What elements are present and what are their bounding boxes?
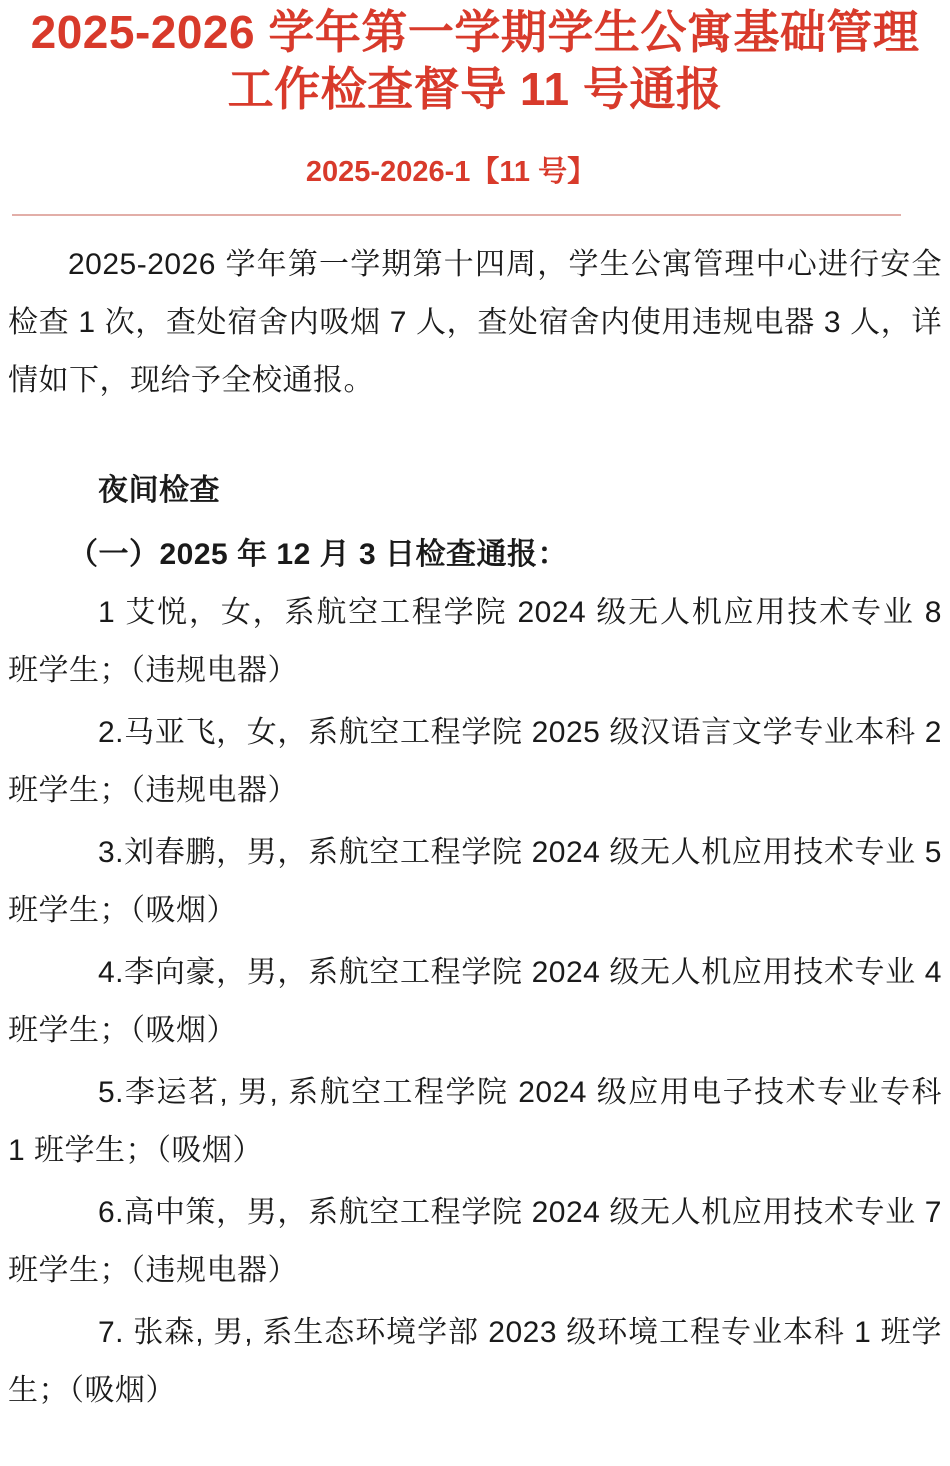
subsection-heading-dec3-report: （一）2025 年 12 月 3 日检查通报： xyxy=(8,526,942,584)
notice-document: 2025-2026 学年第一学期学生公寓基础管理工作检查督导 11 号通报 20… xyxy=(0,0,950,1464)
violation-item-7: 7. 张森, 男, 系生态环境学部 2023 级环境工程专业本科 1 班学生；（… xyxy=(8,1304,942,1420)
violation-item-5: 5.李运茗, 男, 系航空工程学院 2024 级应用电子技术专业专科 1 班学生… xyxy=(8,1064,942,1180)
intro-paragraph: 2025-2026 学年第一学期第十四周，学生公寓管理中心进行安全检查 1 次，… xyxy=(8,236,942,410)
issue-number: 2025-2026-1【11 号】 xyxy=(8,154,894,190)
violation-item-3: 3.刘春鹏，男，系航空工程学院 2024 级无人机应用技术专业 5 班学生；（吸… xyxy=(8,824,942,940)
notice-title: 2025-2026 学年第一学期学生公寓基础管理工作检查督导 11 号通报 xyxy=(22,4,928,118)
violation-item-4: 4.李向豪，男，系航空工程学院 2024 级无人机应用技术专业 4 班学生；（吸… xyxy=(8,944,942,1060)
violation-item-2: 2.马亚飞，女，系航空工程学院 2025 级汉语言文学专业本科 2 班学生；（违… xyxy=(8,704,942,820)
section-divider xyxy=(12,214,901,216)
violation-item-1: 1 艾悦，女，系航空工程学院 2024 级无人机应用技术专业 8 班学生；（违规… xyxy=(8,584,942,700)
violation-list: 1 艾悦，女，系航空工程学院 2024 级无人机应用技术专业 8 班学生；（违规… xyxy=(8,584,942,1420)
violation-item-6: 6.高中策，男，系航空工程学院 2024 级无人机应用技术专业 7 班学生；（违… xyxy=(8,1184,942,1300)
section-heading-night-check: 夜间检查 xyxy=(8,462,942,520)
